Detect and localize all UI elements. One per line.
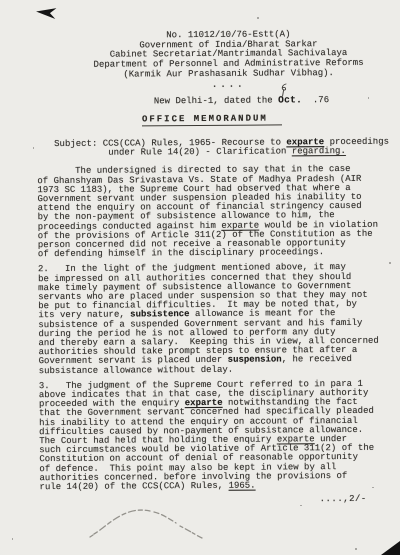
text-segment: of defending himself in the disciplinary… <box>38 247 324 259</box>
memo-title-text: OFFICE MEMORANDUM <box>142 113 282 126</box>
text-segment: regarding. <box>292 146 346 156</box>
text-segment: suspension <box>228 355 282 365</box>
paragraph-3: 3. The judgment of the Supreme Court ref… <box>39 379 400 492</box>
scan-speck <box>373 138 375 139</box>
scanned-memo-page: No. 11012/10/76-Estt(A) Government of In… <box>0 0 400 555</box>
text-segment: under Rule 14(20) - Clarification <box>54 146 292 158</box>
scan-speck <box>389 262 391 264</box>
separator-dots: .... <box>61 79 397 91</box>
text-segment: New Delhi-1, dated the <box>154 96 278 107</box>
memo-title: OFFICE MEMORANDUM <box>142 113 399 127</box>
dateline: New Delhi-1, dated the Oct. .76 <box>154 95 399 107</box>
text-line: of defending himself in the disciplinary… <box>38 248 400 260</box>
page-continuation-ref: ....,2/- <box>320 494 400 505</box>
scan-speck <box>372 487 374 488</box>
memo-content: No. 11012/10/76-Estt(A) Government of In… <box>0 30 400 507</box>
arrow-stamp-icon <box>35 6 56 19</box>
scan-speck <box>355 548 357 550</box>
text-line: subsistance allowance without delay. <box>39 364 400 376</box>
scan-speck <box>368 97 369 99</box>
text-segment: 1965. <box>229 481 256 491</box>
scan-speck <box>300 505 302 506</box>
corner-fold-icon <box>381 541 400 555</box>
text-segment: , he received <box>282 354 352 364</box>
text-segment: .76 <box>302 95 329 105</box>
scan-speck <box>113 53 115 54</box>
handwritten-curl-icon <box>279 83 288 97</box>
paragraph-1: The undersigned is directed to say that … <box>37 165 400 260</box>
scan-speck <box>12 538 13 540</box>
text-segment: rule 14(20) of the CCS(CCA) Rules, <box>39 481 228 492</box>
text-line: rule 14(20) of the CCS(CCA) Rules, 1965. <box>39 481 400 493</box>
subject-block: Subject: CCS(CCA) Rules, 1965- Recourse … <box>54 138 399 159</box>
pencil-scribble-icon <box>88 503 218 543</box>
paragraph-2: 2. In the light of the judgment mentione… <box>38 263 400 376</box>
scan-speck <box>257 17 259 19</box>
text-line: under Rule 14(20) - Clarification regard… <box>54 147 399 159</box>
letterhead: No. 11012/10/76-Estt(A) Government of In… <box>60 30 396 92</box>
scan-speck <box>33 147 34 149</box>
text-segment: subsistance allowance without delay. <box>39 364 234 375</box>
